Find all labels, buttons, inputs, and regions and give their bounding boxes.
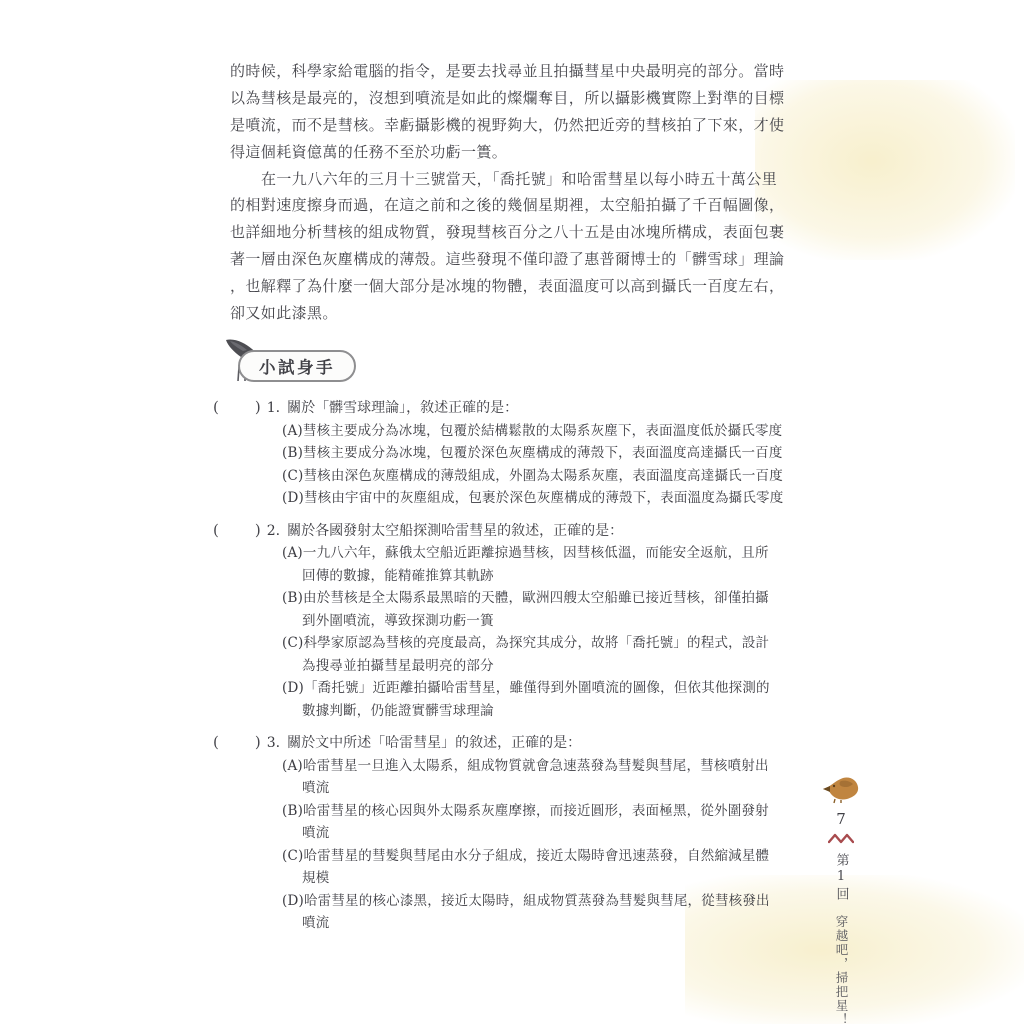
passage-line: 是噴流，而不是彗核。幸虧攝影機的視野夠大，仍然把近旁的彗核拍了下來，才使 bbox=[230, 112, 802, 139]
passage-line: 的時候，科學家給電腦的指令，是要去找尋並且拍攝彗星中央最明亮的部分。當時 bbox=[230, 58, 802, 85]
page-number: 7 bbox=[836, 810, 846, 828]
options-list: (A)彗核主要成分為冰塊，包覆於結構鬆散的太陽系灰塵下，表面溫度低於攝氏零度 (… bbox=[282, 420, 808, 510]
question-stem-row: ()3.關於文中所述「哈雷彗星」的敘述，正確的是： bbox=[213, 731, 808, 755]
question-stem-row: ()2.關於各國發射太空船探測哈雷彗星的敘述，正確的是： bbox=[213, 519, 808, 543]
option-a: (A)一九八六年，蘇俄太空船近距離掠過彗核，因彗核低溫，而能安全返航，且所 bbox=[282, 542, 808, 565]
passage-line: ，也解釋了為什麼一個大部分是冰塊的物體，表面溫度可以高到攝氏一百度左右， bbox=[230, 273, 802, 300]
option-b-wrap: 到外圍噴流，導致探測功虧一簣 bbox=[282, 610, 808, 633]
question-number: 1. bbox=[267, 400, 280, 416]
scanned-textbook-page: 的時候，科學家給電腦的指令，是要去找尋並且拍攝彗星中央最明亮的部分。當時 以為彗… bbox=[0, 0, 1024, 1024]
question-number: 2. bbox=[267, 523, 280, 539]
question-stem: 關於文中所述「哈雷彗星」的敘述，正確的是： bbox=[287, 735, 581, 751]
answer-bracket-close: ) bbox=[255, 521, 261, 539]
passage-line: 著一層由深色灰塵構成的薄殼。這些發現不僅印證了惠普爾博士的「髒雪球」理論 bbox=[230, 246, 802, 273]
option-a-wrap: 回傳的數據，能精確推算其軌跡 bbox=[282, 565, 808, 588]
answer-bracket-close: ) bbox=[255, 398, 261, 416]
option-d: (D)「喬托號」近距離拍攝哈雷彗星，雖僅得到外圍噴流的圖像，但依其他探測的 bbox=[282, 677, 808, 700]
option-b-wrap: 噴流 bbox=[282, 822, 808, 845]
option-b: (B)彗核主要成分為冰塊，包覆於深色灰塵構成的薄殼下，表面溫度高達攝氏一百度 bbox=[282, 442, 808, 465]
answer-bracket-open: ( bbox=[213, 398, 219, 416]
answer-bracket-close: ) bbox=[255, 733, 261, 751]
option-b: (B)由於彗核是全太陽系最黑暗的天體，歐洲四艘太空船雖已接近彗核，卻僅拍攝 bbox=[282, 587, 808, 610]
unit-label: 第1回 bbox=[834, 853, 849, 903]
passage-line: 也詳細地分析彗核的組成物質，發現彗核百分之八十五是由冰塊所構成，表面包裹 bbox=[230, 219, 802, 246]
option-b: (B)哈雷彗星的核心因與外太陽系灰塵摩擦，而接近圓形，表面極黑，從外圍發射 bbox=[282, 800, 808, 823]
sparrow-icon bbox=[821, 774, 861, 808]
red-zigzag-icon bbox=[828, 829, 854, 848]
option-c: (C)哈雷彗星的彗髮與彗尾由水分子組成，接近太陽時會迅速蒸發，自然縮減星體 bbox=[282, 845, 808, 868]
question-2: ()2.關於各國發射太空船探測哈雷彗星的敘述，正確的是： (A)一九八六年，蘇俄… bbox=[213, 519, 808, 723]
option-a: (A)哈雷彗星一旦進入太陽系，組成物質就會急速蒸發為彗髮與彗尾，彗核噴射出 bbox=[282, 755, 808, 778]
passage-line: 以為彗核是最亮的，沒想到噴流是如此的燦爛奪目，所以攝影機實際上對準的目標 bbox=[230, 85, 802, 112]
question-stem-row: ()1.關於「髒雪球理論」，敘述正確的是： bbox=[213, 396, 808, 420]
option-c-wrap: 為搜尋並拍攝彗星最明亮的部分 bbox=[282, 655, 808, 678]
option-a: (A)彗核主要成分為冰塊，包覆於結構鬆散的太陽系灰塵下，表面溫度低於攝氏零度 bbox=[282, 420, 808, 443]
answer-bracket-open: ( bbox=[213, 521, 219, 539]
question-number: 3. bbox=[267, 735, 280, 751]
question-stem: 關於各國發射太空船探測哈雷彗星的敘述，正確的是： bbox=[287, 523, 623, 539]
badge-label: 小試身手 bbox=[238, 350, 356, 382]
passage-line: 得這個耗資億萬的任務不至於功虧一簣。 bbox=[230, 139, 802, 166]
passage-line: 卻又如此漆黑。 bbox=[230, 300, 802, 327]
options-list: (A)一九八六年，蘇俄太空船近距離掠過彗核，因彗核低溫，而能安全返航，且所 回傳… bbox=[282, 542, 808, 722]
option-c-wrap: 規模 bbox=[282, 867, 808, 890]
option-c: (C)科學家原認為彗核的亮度最高，為探究其成分，故將「喬托號」的程式，設計 bbox=[282, 632, 808, 655]
answer-bracket-open: ( bbox=[213, 733, 219, 751]
option-d: (D)哈雷彗星的核心漆黑，接近太陽時，組成物質蒸發為彗髮與彗尾，從彗核發出 bbox=[282, 890, 808, 913]
option-a-wrap: 噴流 bbox=[282, 777, 808, 800]
section-badge: 小試身手 bbox=[224, 337, 374, 393]
passage-line: 在一九八六年的三月十三號當天，「喬托號」和哈雷彗星以每小時五十萬公里 bbox=[230, 166, 802, 193]
questions-block: ()1.關於「髒雪球理論」，敘述正確的是： (A)彗核主要成分為冰塊，包覆於結構… bbox=[213, 396, 808, 944]
option-d-wrap: 數據判斷，仍能證實髒雪球理論 bbox=[282, 700, 808, 723]
passage-text-block: 的時候，科學家給電腦的指令，是要去找尋並且拍攝彗星中央最明亮的部分。當時 以為彗… bbox=[230, 58, 802, 327]
book-title: 穿越吧，掃把星！ bbox=[834, 915, 848, 1024]
question-3: ()3.關於文中所述「哈雷彗星」的敘述，正確的是： (A)哈雷彗星一旦進入太陽系… bbox=[213, 731, 808, 935]
option-d: (D)彗核由宇宙中的灰塵組成，包裹於深色灰塵構成的薄殼下，表面溫度為攝氏零度 bbox=[282, 487, 808, 510]
question-1: ()1.關於「髒雪球理論」，敘述正確的是： (A)彗核主要成分為冰塊，包覆於結構… bbox=[213, 396, 808, 510]
question-stem: 關於「髒雪球理論」，敘述正確的是： bbox=[287, 400, 518, 416]
page-margin-sidebar: 7 第1回 穿越吧，掃把星！ bbox=[818, 774, 864, 1024]
options-list: (A)哈雷彗星一旦進入太陽系，組成物質就會急速蒸發為彗髮與彗尾，彗核噴射出 噴流… bbox=[282, 755, 808, 935]
option-d-wrap: 噴流 bbox=[282, 912, 808, 935]
option-c: (C)彗核由深色灰塵構成的薄殼組成，外圍為太陽系灰塵，表面溫度高達攝氏一百度 bbox=[282, 465, 808, 488]
passage-line: 的相對速度擦身而過，在這之前和之後的幾個星期裡，太空船拍攝了千百幅圖像， bbox=[230, 192, 802, 219]
